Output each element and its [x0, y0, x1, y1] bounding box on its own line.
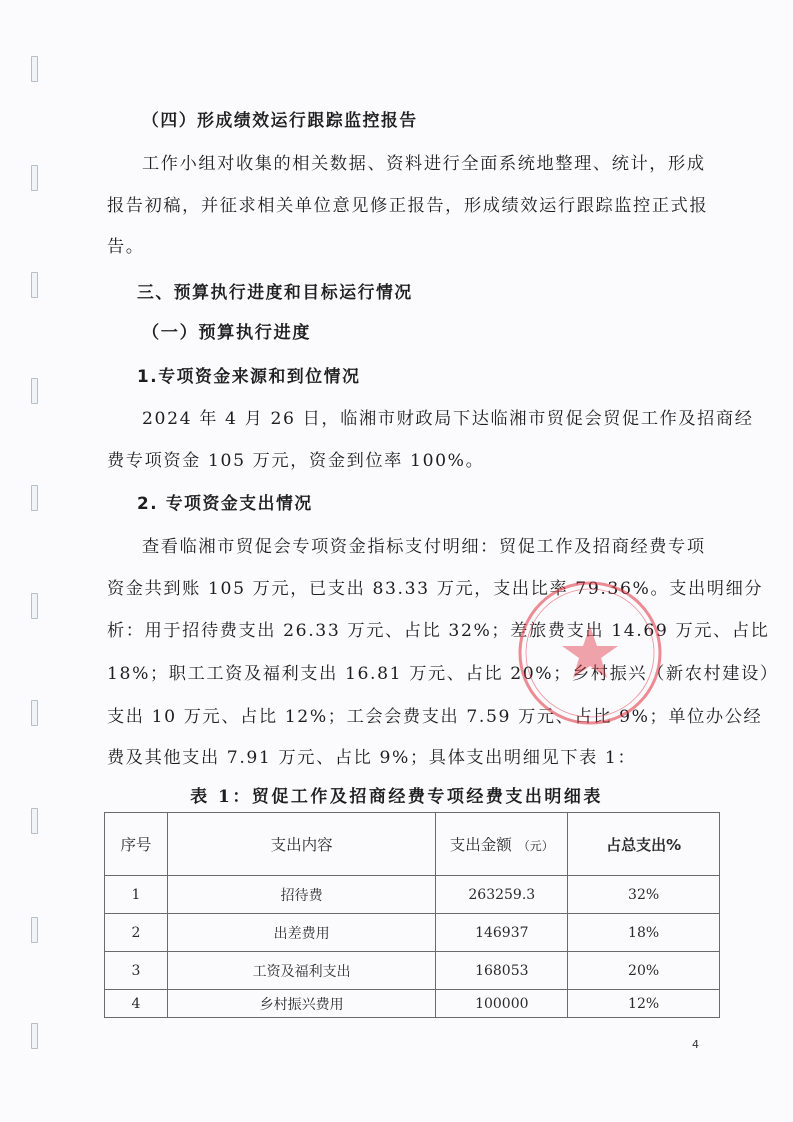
paragraph-line: 2024 年 4 月 26 日，临湘市财政局下达临湘市贸促会贸促工作及招商经	[142, 407, 754, 431]
cell-index: 3	[105, 952, 168, 990]
paragraph-line: 析：用于招待费支出 26.33 万元、占比 32%；差旅费支出 14.69 万元…	[107, 619, 769, 643]
paragraph-line: 报告初稿，并征求相关单位意见修正报告，形成绩效运行跟踪监控正式报	[107, 194, 708, 218]
cell-index: 2	[105, 914, 168, 952]
table-row: 2 出差费用 146937 18%	[105, 914, 720, 952]
paragraph-line: 资金共到账 105 万元，已支出 83.33 万元，支出比率 79.36%。支出…	[107, 577, 763, 601]
binding-mark	[31, 378, 38, 404]
header-index: 序号	[105, 813, 168, 876]
paragraph-line: 18%；职工工资及福利支出 16.81 万元、占比 20%；乡村振兴（新农村建设…	[107, 662, 779, 686]
paragraph-line: 支出 10 万元、占比 12%；工会会费支出 7.59 万元、占比 9%；单位办…	[107, 705, 762, 729]
header-amount: 支出金额（元）	[436, 813, 568, 876]
cell-content: 工资及福利支出	[167, 952, 435, 990]
binding-mark	[31, 1023, 38, 1049]
header-percent: 占总支出%	[568, 813, 720, 876]
cell-amount: 100000	[436, 990, 568, 1018]
cell-content: 招待费	[167, 876, 435, 914]
binding-mark	[31, 165, 38, 191]
cell-amount: 146937	[436, 914, 568, 952]
section-heading-4: （四）形成绩效运行跟踪监控报告	[142, 108, 418, 132]
paragraph-line: 工作小组对收集的相关数据、资料进行全面系统地整理、统计，形成	[142, 152, 706, 176]
paragraph-line: 费专项资金 105 万元，资金到位率 100%。	[107, 449, 484, 473]
cell-amount: 168053	[436, 952, 568, 990]
cell-content: 乡村振兴费用	[167, 990, 435, 1018]
cell-percent: 18%	[568, 914, 720, 952]
cell-index: 1	[105, 876, 168, 914]
page-number: 4	[692, 1038, 699, 1051]
binding-mark	[31, 593, 38, 619]
header-content: 支出内容	[167, 813, 435, 876]
binding-mark	[31, 56, 38, 82]
binding-mark	[31, 272, 38, 298]
cell-percent: 32%	[568, 876, 720, 914]
binding-mark	[31, 808, 38, 834]
binding-mark	[31, 917, 38, 943]
table-header-row: 序号 支出内容 支出金额（元） 占总支出%	[105, 813, 720, 876]
binding-mark	[31, 485, 38, 511]
item-heading-1: 1.专项资金来源和到位情况	[137, 364, 360, 388]
table-title: 表 1：贸促工作及招商经费专项经费支出明细表	[0, 782, 793, 807]
table-row: 1 招待费 263259.3 32%	[105, 876, 720, 914]
cell-percent: 12%	[568, 990, 720, 1018]
paragraph-line: 告。	[107, 235, 145, 259]
cell-percent: 20%	[568, 952, 720, 990]
header-amount-unit: （元）	[518, 839, 554, 853]
table-row: 3 工资及福利支出 168053 20%	[105, 952, 720, 990]
item-heading-2: 2. 专项资金支出情况	[137, 491, 313, 515]
cell-content: 出差费用	[167, 914, 435, 952]
header-amount-label: 支出金额	[450, 836, 512, 854]
paragraph-line: 查看临湘市贸促会专项资金指标支付明细：贸促工作及招商经费专项	[142, 535, 706, 559]
subsection-heading: （一）预算执行进度	[142, 321, 311, 345]
table-row: 4 乡村振兴费用 100000 12%	[105, 990, 720, 1018]
section-heading-3: 三、预算执行进度和目标运行情况	[137, 280, 413, 304]
paragraph-line: 费及其他支出 7.91 万元、占比 9%；具体支出明细见下表 1：	[107, 746, 636, 770]
binding-mark	[31, 700, 38, 726]
cell-index: 4	[105, 990, 168, 1018]
cell-amount: 263259.3	[436, 876, 568, 914]
expense-table: 序号 支出内容 支出金额（元） 占总支出% 1 招待费 263259.3 32%…	[104, 812, 720, 1018]
